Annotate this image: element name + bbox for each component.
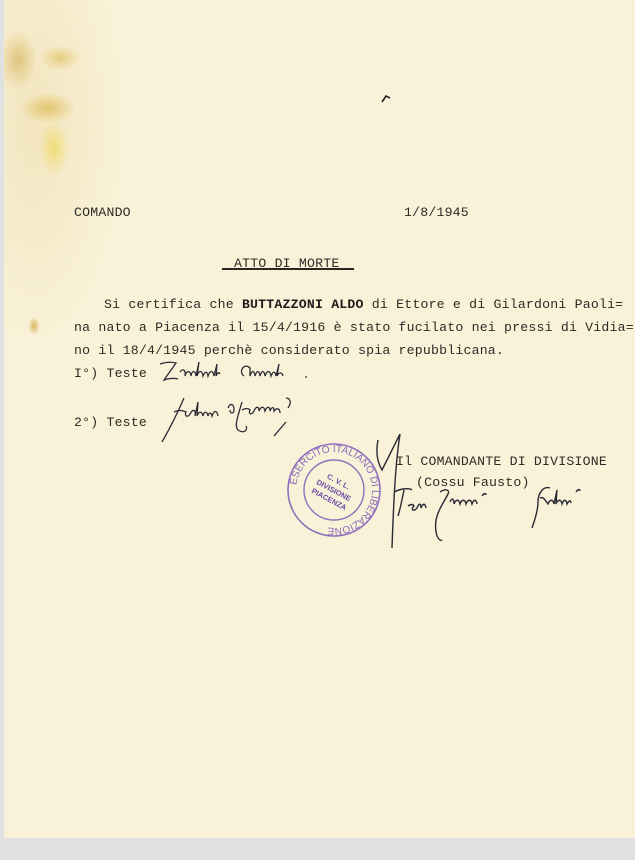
body-line-3: no il 18/4/1945 perchè considerato spia … [74, 344, 504, 357]
division-stamp: ESERCITO ITALIANO DI LIBERAZIONE C. V. L… [284, 440, 384, 540]
deceased-name: BUTTAZZONI ALDO [242, 297, 364, 312]
witness-2-label: 2°) Teste [74, 416, 147, 429]
body-line-1-post: di Ettore e di Gilardoni Paoli= [364, 297, 624, 312]
body-line-1: Si certifica che BUTTAZZONI ALDO di Etto… [104, 298, 623, 311]
body-line-2: na nato a Piacenza il 15/4/1916 è stato … [74, 321, 634, 334]
body-line-1-pre: Si certifica che [104, 297, 242, 312]
title-underline [222, 268, 354, 270]
document-page: COMANDO 1/8/1945 ATTO DI MORTE Si certif… [4, 0, 635, 838]
header-comando: COMANDO [74, 206, 131, 219]
header-date: 1/8/1945 [404, 206, 469, 219]
witness-1-signature [156, 358, 366, 388]
witness-1-label: I°) Teste [74, 367, 147, 380]
commander-title: Il COMANDANTE DI DIVISIONE [396, 455, 607, 468]
commander-signature [390, 480, 605, 555]
pencil-mark-icon [380, 92, 400, 112]
